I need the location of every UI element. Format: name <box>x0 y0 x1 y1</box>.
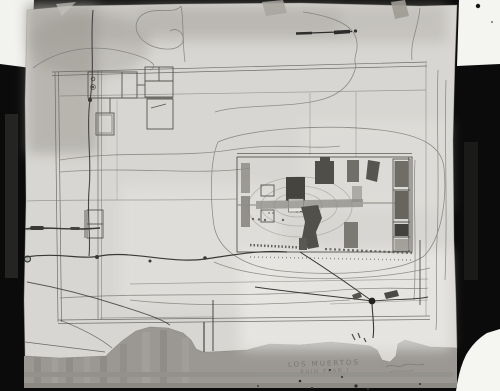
speck <box>491 21 493 23</box>
speck <box>476 4 480 8</box>
right-holder-bar <box>464 142 478 280</box>
left-holder-bar <box>5 114 18 278</box>
archival-photo: LOS MUERTOS RUIN PLAN I <box>0 0 500 391</box>
light-leak-top-right <box>457 0 500 66</box>
map-photograph <box>0 0 500 391</box>
map-paper <box>24 0 457 362</box>
